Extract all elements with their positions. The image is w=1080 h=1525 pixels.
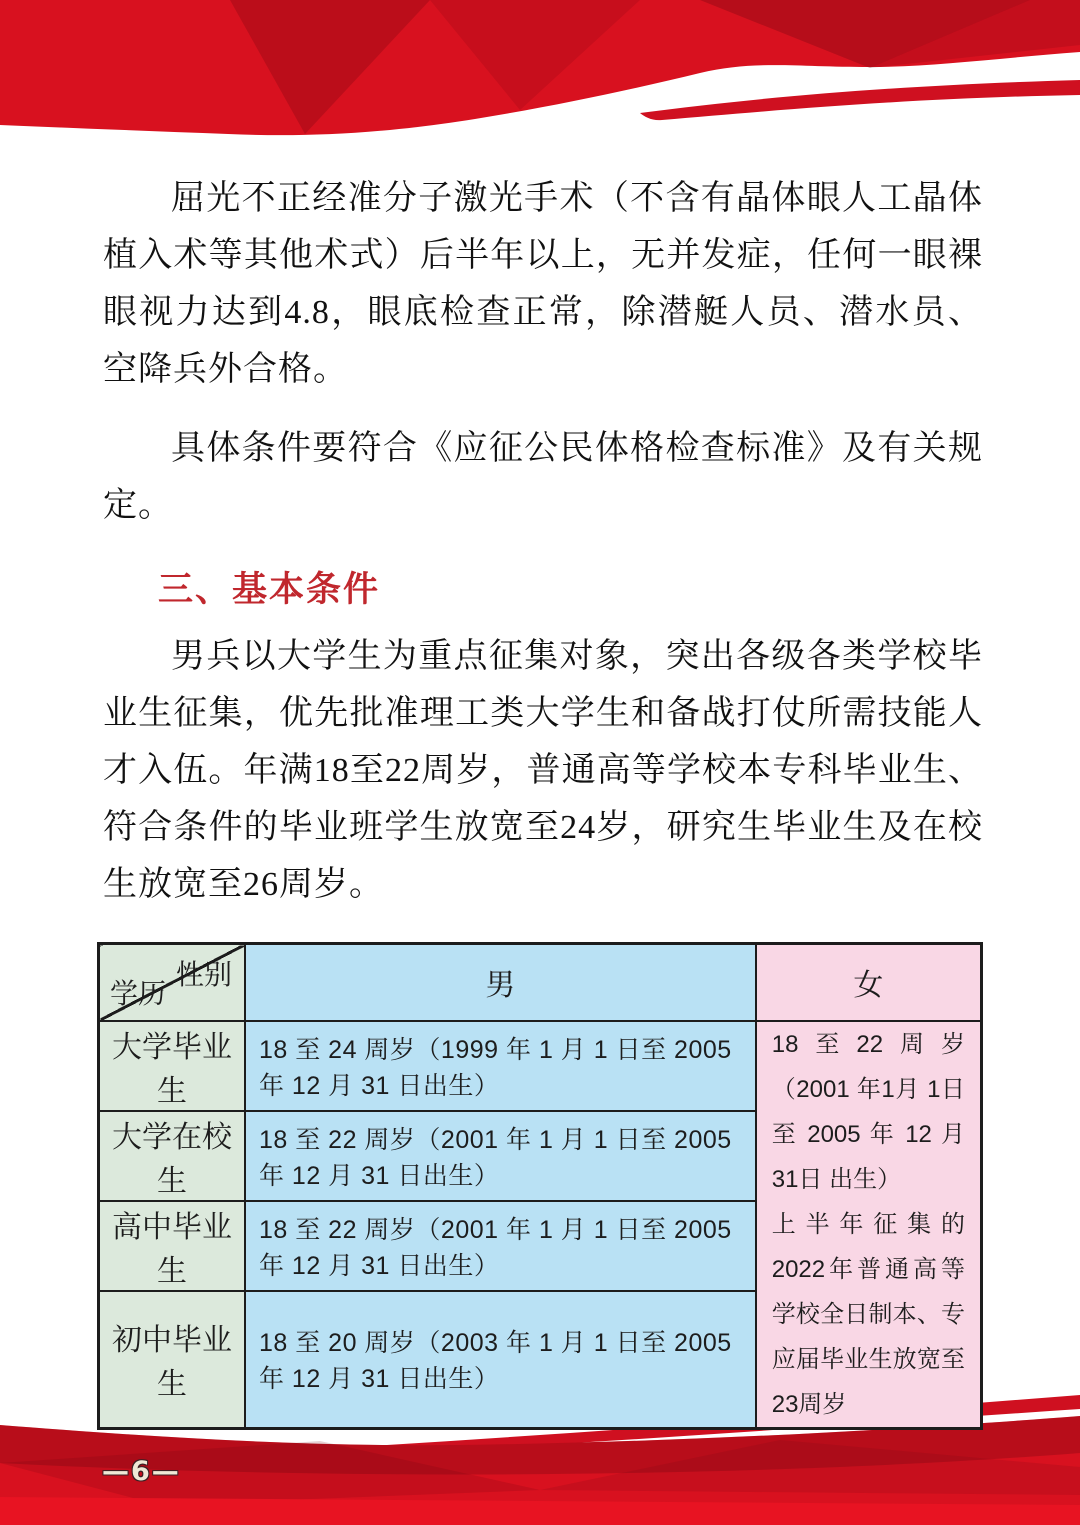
row-label-highschool-graduate: 高中毕业生: [99, 1201, 245, 1291]
male-age-middleschool-graduate: 18 至 20 周岁（2003 年 1 月 1 日至 2005 年 12 月 3…: [245, 1291, 756, 1429]
section-heading-basic-conditions: 三、基本条件: [158, 568, 983, 612]
corner-label-gender: 性别: [176, 953, 232, 993]
column-header-male: 男: [245, 944, 756, 1021]
column-header-female: 女: [756, 944, 982, 1021]
table-row: 大学毕业生 18 至 24 周岁（1999 年 1 月 1 日至 2005 年 …: [99, 1021, 982, 1111]
row-label-college-graduate: 大学毕业生: [99, 1021, 245, 1111]
female-age-text: 18至22周岁（2001 年1月 1日至 2005 年 12 月 31日 出生）…: [757, 1022, 980, 1427]
male-age-highschool-graduate: 18 至 22 周岁（2001 年 1 月 1 日至 2005 年 12 月 3…: [245, 1201, 756, 1291]
page-number: —6—: [102, 1456, 181, 1487]
male-age-college-student: 18 至 22 周岁（2001 年 1 月 1 日至 2005 年 12 月 3…: [245, 1111, 756, 1201]
table-corner-cell: 性别 学历: [99, 944, 245, 1021]
age-condition-table: 性别 学历 男 女 大学毕业生 18 至 24 周岁（1999 年 1 月 1 …: [97, 942, 983, 1430]
paragraph-physical-standard: 具体条件要符合《应征公民体格检查标准》及有关规定。: [103, 420, 983, 534]
row-label-college-student: 大学在校生: [99, 1111, 245, 1201]
paragraph-male-recruitment: 男兵以大学生为重点征集对象，突出各级各类学校毕业生征集，优先批准理工类大学生和备…: [103, 628, 983, 913]
female-age-relaxation: 上半年征集的2022年普通高等学校全日制本、专应届毕业生放宽至23周岁: [772, 1202, 965, 1427]
female-age-range: 18至22周岁（2001 年1月 1日至 2005 年 12 月 31日 出生）: [772, 1022, 965, 1202]
female-age-cell: 18至22周岁（2001 年1月 1日至 2005 年 12 月 31日 出生）…: [756, 1021, 982, 1429]
paragraph-vision-surgery: 屈光不正经准分子激光手术（不含有晶体眼人工晶体植入术等其他术式）后半年以上，无并…: [103, 170, 983, 398]
corner-label-education: 学历: [110, 972, 166, 1012]
male-age-college-graduate: 18 至 24 周岁（1999 年 1 月 1 日至 2005 年 12 月 3…: [245, 1021, 756, 1111]
row-label-middleschool-graduate: 初中毕业生: [99, 1291, 245, 1429]
table-header-row: 性别 学历 男 女: [99, 944, 982, 1021]
